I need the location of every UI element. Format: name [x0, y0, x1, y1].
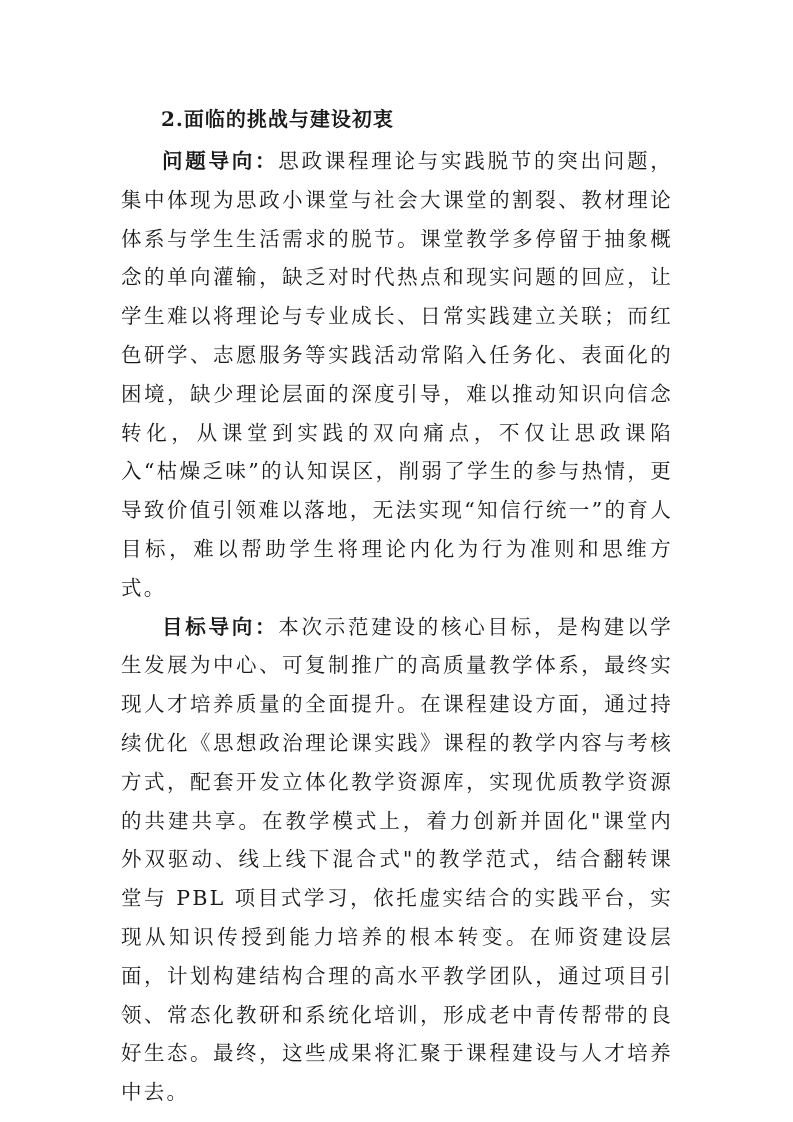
paragraph-problem-orientation: 问题导向：思政课程理论与实践脱节的突出问题，集中体现为思政小课堂与社会大课堂的割…: [121, 142, 673, 608]
paragraph-body: 本次示范建设的核心目标，是构建以学生发展为中心、可复制推广的高质量教学体系，最终…: [121, 615, 673, 1105]
document-page: 2.面临的挑战与建设初衷 问题导向：思政课程理论与实践脱节的突出问题，集中体现为…: [121, 100, 673, 1112]
paragraph-lead: 问题导向：: [162, 149, 278, 173]
paragraph-body: 思政课程理论与实践脱节的突出问题，集中体现为思政小课堂与社会大课堂的割裂、教材理…: [121, 149, 673, 600]
paragraph-lead: 目标导向：: [162, 615, 278, 639]
paragraph-goal-orientation: 目标导向：本次示范建设的核心目标，是构建以学生发展为中心、可复制推广的高质量教学…: [121, 608, 673, 1112]
section-heading: 2.面临的挑战与建设初衷: [161, 100, 673, 138]
